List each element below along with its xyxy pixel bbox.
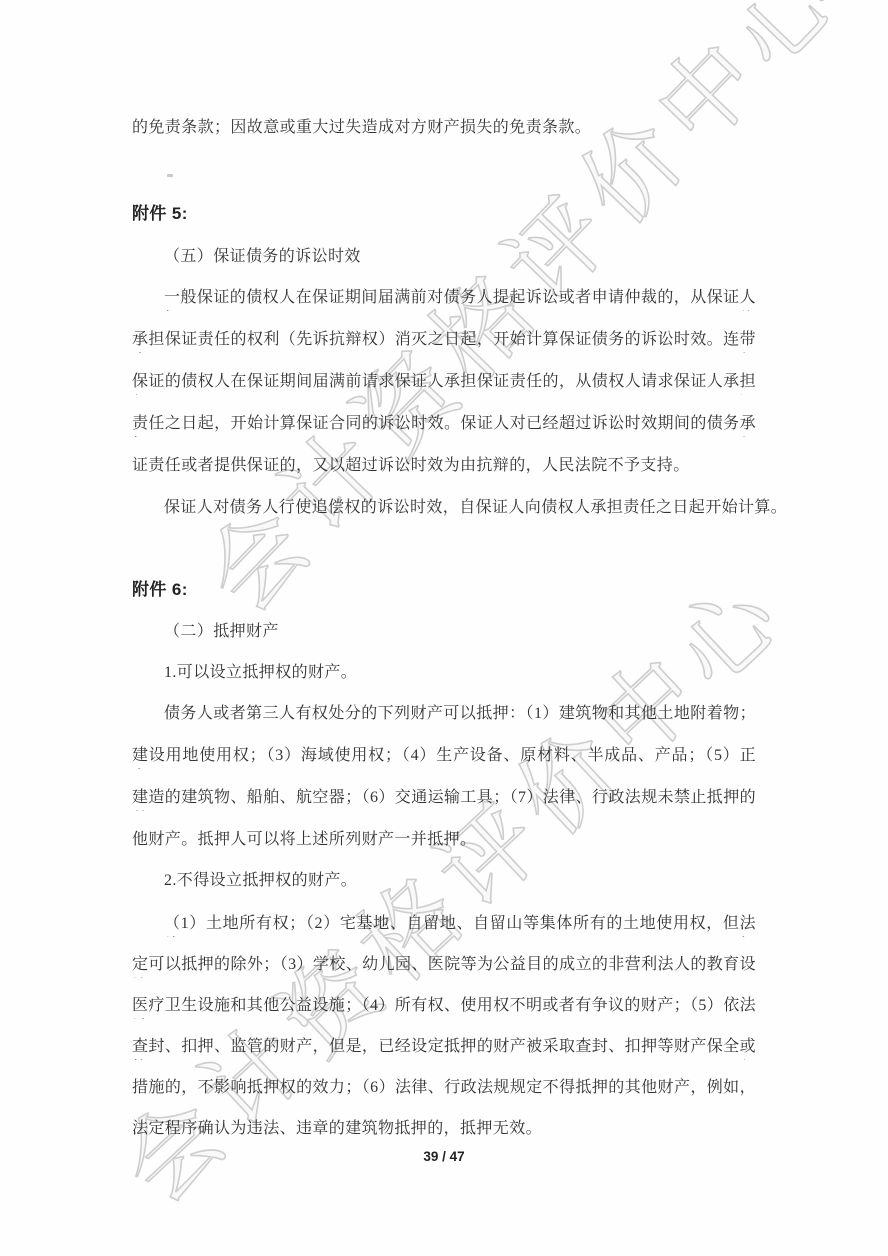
document-line: （二）抵押财产 xyxy=(132,621,756,643)
document-line: 承担保证责任的权利（先诉抗辩权）消灭之日起，开始计算保证债务的诉讼时效。连带责任 xyxy=(132,329,756,353)
document-body: 的免责条款；因故意或重大过失造成对方财产损失的免责条款。附件 5:（五）保证债务… xyxy=(0,0,888,1256)
document-line: 的免责条款；因故意或重大过失造成对方财产损失的免责条款。 xyxy=(132,117,756,139)
document-line: 医疗卫生设施和其他公益设施；（4）所有权、使用权不明或者有争议的财产；（5）依法… xyxy=(132,995,756,1019)
document-line: 建造的建筑物、船舶、航空器；（6）交通运输工具；（7）法律、行政法规未禁止抵押的… xyxy=(132,787,756,811)
document-line: 建设用地使用权；（3）海域使用权；（4）生产设备、原材料、半成品、产品；（5）正… xyxy=(132,745,756,769)
attachment-heading: 附件 5: xyxy=(132,203,756,225)
document-line: 1.可以设立抵押权的财产。 xyxy=(132,662,756,684)
document-line: 措施的，不影响抵押权的效力；（6）法律、行政法规规定不得抵押的其他财产，例如，以 xyxy=(132,1077,756,1101)
stray-mark xyxy=(167,174,173,177)
document-line: 法定程序确认为违法、违章的建筑物抵押的，抵押无效。 xyxy=(132,1118,756,1140)
document-page: 会计资格评价中心会计资格评价中心 的免责条款；因故意或重大过失造成对方财产损失的… xyxy=(0,0,888,1256)
document-line: （五）保证债务的诉讼时效 xyxy=(132,246,756,268)
document-line: 他财产。抵押人可以将上述所列财产一并抵押。 xyxy=(132,829,756,851)
document-line: 保证的债权人在保证期间届满前请求保证人承担保证责任的，从债权人请求保证人承担保证 xyxy=(132,371,756,395)
attachment-heading: 附件 6: xyxy=(132,579,756,601)
page-number: 39 / 47 xyxy=(0,1149,888,1164)
document-line: 债务人或者第三人有权处分的下列财产可以抵押：（1）建筑物和其他土地附着物；（2） xyxy=(132,703,756,727)
document-line: 责任之日起，开始计算保证合同的诉讼时效。保证人对已经超过诉讼时效期间的债务承担保 xyxy=(132,413,756,437)
document-line: 定可以抵押的除外；（3）学校、幼儿园、医院等为公益目的成立的非营利法人的教育设施… xyxy=(132,954,756,978)
document-line: 一般保证的债权人在保证期间届满前对债务人提起诉讼或者申请仲裁的，从保证人拒绝 xyxy=(132,287,756,311)
document-line: 2.不得设立抵押权的财产。 xyxy=(132,870,756,892)
document-line: （1）土地所有权；（2）宅基地、自留地、自留山等集体所有的土地使用权，但法律规 xyxy=(132,913,756,937)
document-line: 查封、扣押、监管的财产，但是，已经设定抵押的财产被采取查封、扣押等财产保全或执行 xyxy=(132,1036,756,1060)
document-line: 证责任或者提供保证的，又以超过诉讼时效为由抗辩的，人民法院不予支持。 xyxy=(132,455,756,477)
document-line: 保证人对债务人行使追偿权的诉讼时效，自保证人向债权人承担责任之日起开始计算。 xyxy=(132,497,756,519)
